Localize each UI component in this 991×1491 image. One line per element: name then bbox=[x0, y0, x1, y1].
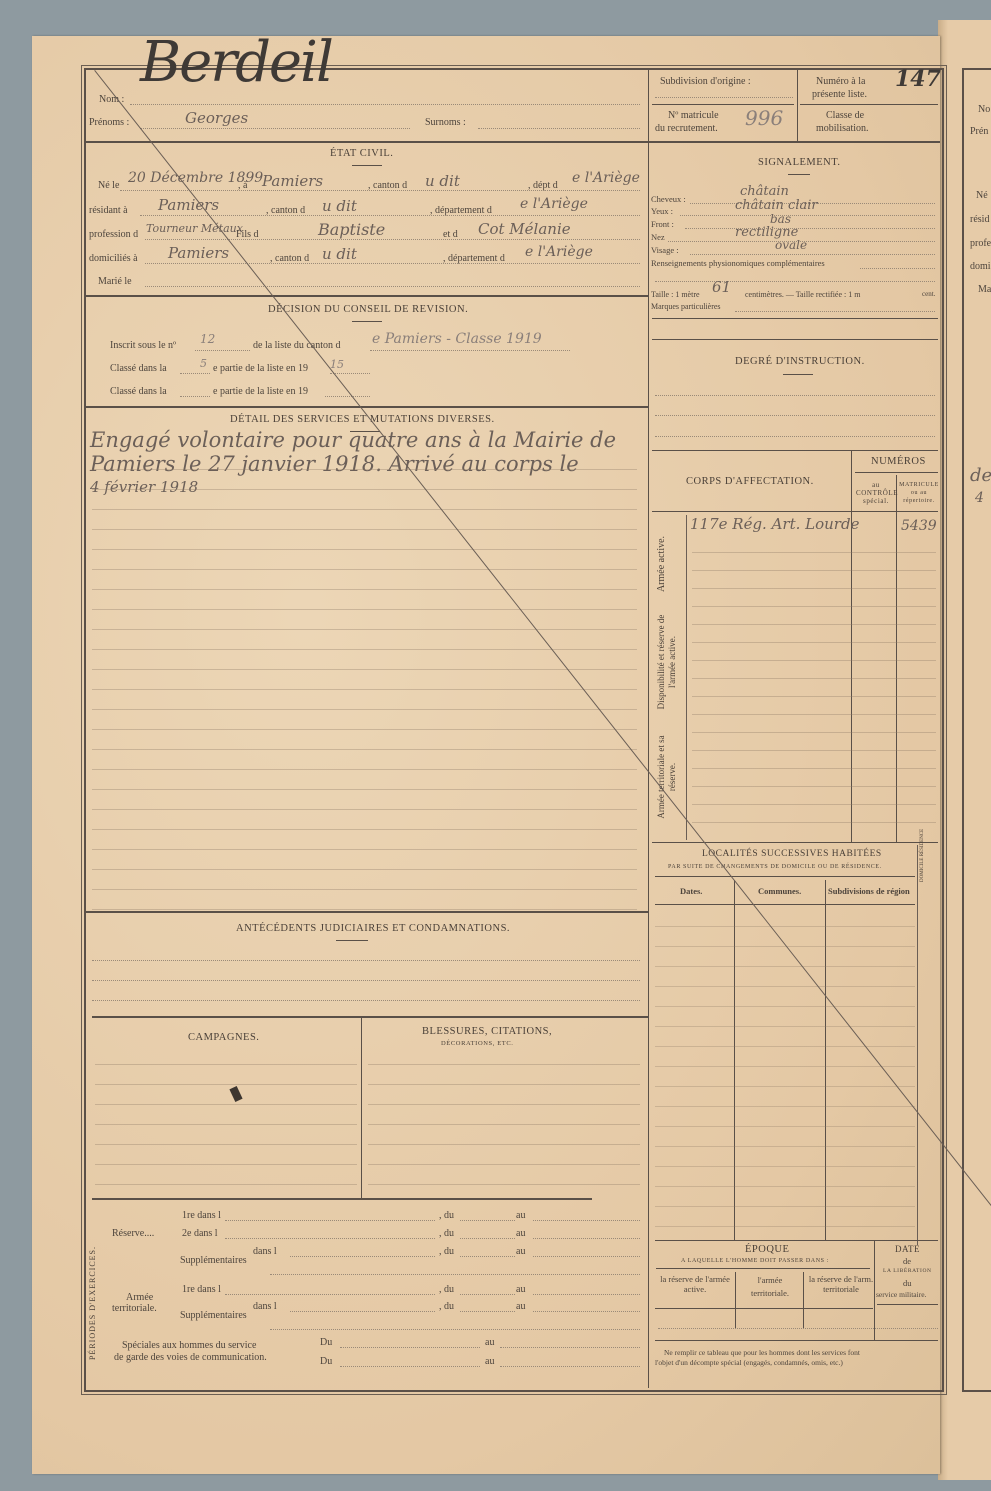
next-page-label: No bbox=[978, 104, 990, 115]
taille-cent-label: cent. bbox=[922, 290, 935, 298]
profession-label: profession d bbox=[89, 229, 138, 240]
blessures-lined-area bbox=[368, 1045, 640, 1195]
au-label: au bbox=[516, 1284, 525, 1295]
col-subdivisions: Subdivisions de région bbox=[828, 886, 910, 896]
inscrit-label: Inscrit sous le nº bbox=[110, 340, 176, 351]
corps-affectation-title: CORPS D'AFFECTATION. bbox=[686, 476, 814, 487]
liste-canton-label: de la liste du canton d bbox=[253, 340, 340, 351]
taille-cm-label: centimètres. — Taille rectifiée : 1 m bbox=[745, 290, 860, 299]
col-dates: Dates. bbox=[680, 886, 702, 896]
partie-year: 15 bbox=[330, 358, 344, 371]
next-page-label: domi bbox=[970, 261, 991, 272]
degre-instruction-title: DEGRÉ D'INSTRUCTION. bbox=[735, 356, 865, 367]
date-du: du bbox=[903, 1278, 912, 1288]
supplementaires-label: Supplémentaires bbox=[180, 1310, 247, 1321]
nom-value: Berdeil bbox=[140, 30, 332, 95]
territoriale-label: Armée territoriale et sa réserve. bbox=[656, 722, 678, 832]
taille-label: Taille : 1 mètre bbox=[651, 290, 700, 299]
classe-label-2: mobilisation. bbox=[816, 123, 869, 134]
a-value: Pamiers bbox=[262, 172, 323, 190]
periode-row-label: 1re dans l bbox=[182, 1284, 221, 1295]
periode-row-label: dans l bbox=[253, 1301, 277, 1312]
marques-label: Marques particulières bbox=[651, 302, 721, 311]
next-page-label: Prén bbox=[970, 126, 988, 137]
corps-lined-area bbox=[692, 535, 936, 835]
numero-label-1: Numéro à la bbox=[816, 76, 865, 87]
periode-row-label: 2e dans l bbox=[182, 1228, 218, 1239]
periodes-side-label: PÉRIODES D'EXERCICES. bbox=[88, 1228, 97, 1378]
canton-value: u dit bbox=[322, 197, 357, 215]
epoque-note-1: Ne remplir ce tableau que pour les homme… bbox=[664, 1348, 860, 1357]
matricule-value: 996 bbox=[745, 106, 783, 130]
matricule-label-1: Nº matricule bbox=[668, 110, 719, 121]
date-service: service militaire. bbox=[876, 1290, 926, 1299]
conseil-revision-title: DÉCISION DU CONSEIL DE REVISION. bbox=[268, 304, 468, 315]
visage-value: ovale bbox=[775, 238, 807, 252]
au-label: au bbox=[516, 1301, 525, 1312]
marie-label: Marié le bbox=[98, 276, 132, 287]
services-line-1: Engagé volontaire pour quatre ans à la M… bbox=[90, 428, 616, 452]
partie-label: e partie de la liste en 19 bbox=[213, 386, 308, 397]
localites-side-label: DOMICILE RÉSIDENCE bbox=[920, 842, 925, 882]
localites-title: LOCALITÉS SUCCESSIVES HABITÉES bbox=[702, 849, 882, 859]
au-label: au bbox=[516, 1210, 525, 1221]
etat-civil-title: ÉTAT CIVIL. bbox=[330, 148, 393, 159]
epoque-col-2: l'armée territoriale. bbox=[738, 1274, 802, 1300]
partie-label: e partie de la liste en 19 bbox=[213, 363, 308, 374]
yeux-label: Yeux : bbox=[651, 206, 673, 216]
next-page-label: Ma bbox=[978, 284, 991, 295]
blessures-title: BLESSURES, CITATIONS, bbox=[422, 1026, 552, 1037]
classe-label: Classé dans la bbox=[110, 386, 167, 397]
departement-value: e l'Ariège bbox=[572, 170, 640, 186]
next-page-label: Né bbox=[976, 190, 988, 201]
localites-lined-area bbox=[655, 907, 915, 1235]
canton-value: u dit bbox=[425, 172, 460, 190]
services-lined-area bbox=[92, 450, 637, 910]
du-label: , du bbox=[439, 1228, 454, 1239]
antecedents-title: ANTÉCÉDENTS JUDICIAIRES ET CONDAMNATIONS… bbox=[236, 923, 510, 934]
au-label: au bbox=[485, 1356, 494, 1367]
epoque-col-3: la réserve de l'arm. territoriale bbox=[806, 1274, 876, 1294]
prenoms-value: Georges bbox=[185, 109, 248, 127]
next-page-label: résid bbox=[970, 214, 989, 225]
residant-label: résidant à bbox=[89, 205, 128, 216]
visage-label: Visage : bbox=[651, 245, 679, 255]
classe-value: 5 bbox=[200, 357, 207, 370]
du-label: Du bbox=[320, 1356, 332, 1367]
next-page-handwriting: 4 bbox=[975, 490, 984, 506]
subdivision-label: Subdivision d'origine : bbox=[660, 76, 751, 87]
domicilies-value: Pamiers bbox=[168, 244, 229, 262]
front-label: Front : bbox=[651, 219, 674, 229]
campagnes-lined-area bbox=[95, 1045, 357, 1195]
liste-canton-value: e Pamiers - Classe 1919 bbox=[372, 331, 542, 347]
classe-label-1: Classe de bbox=[826, 110, 864, 121]
departement-value: e l'Ariège bbox=[525, 244, 593, 260]
profession-value: Tourneur Métaux bbox=[146, 222, 243, 235]
periode-row-label: 1re dans l bbox=[182, 1210, 221, 1221]
et-value: Cot Mélanie bbox=[478, 220, 571, 238]
au-label: au bbox=[485, 1337, 494, 1348]
date-title: DATE bbox=[895, 1244, 920, 1254]
epoque-note-2: l'objet d'un décompte spécial (engagés, … bbox=[655, 1358, 843, 1367]
epoque-title: ÉPOQUE bbox=[745, 1244, 789, 1255]
reserve-label: Réserve.... bbox=[112, 1228, 154, 1239]
territoriale-label-1: Armée bbox=[126, 1292, 153, 1303]
yeux-value: châtain clair bbox=[735, 198, 818, 213]
services-title: DÉTAIL DES SERVICES ET MUTATIONS DIVERSE… bbox=[230, 414, 495, 425]
classe-label: Classé dans la bbox=[110, 363, 167, 374]
numero-value: 147 bbox=[895, 66, 941, 92]
front-value: bas bbox=[770, 212, 791, 226]
renseignements-label: Renseignements physionomiques complément… bbox=[651, 258, 825, 268]
prenoms-label: Prénoms : bbox=[89, 117, 129, 128]
canton-value: u dit bbox=[322, 245, 357, 263]
du-label: , du bbox=[439, 1210, 454, 1221]
epoque-subtitle: A LAQUELLE L'HOMME DOIT PASSER DANS : bbox=[681, 1258, 829, 1264]
corps-entry: 117e Rég. Art. Lourde bbox=[690, 515, 859, 533]
du-label: , du bbox=[439, 1301, 454, 1312]
signalement-title: SIGNALEMENT. bbox=[758, 157, 841, 168]
speciales-label-1: Spéciales aux hommes du service bbox=[122, 1340, 256, 1351]
armee-active-label: Armée active. bbox=[656, 518, 667, 610]
date-de: de bbox=[903, 1256, 911, 1266]
campagnes-title: CAMPAGNES. bbox=[188, 1032, 259, 1043]
ne-le-label: Né le bbox=[98, 180, 119, 191]
domicilies-label: domiciliés à bbox=[89, 253, 138, 264]
taille-value: 61 bbox=[712, 278, 731, 296]
cheveux-label: Cheveux : bbox=[651, 194, 686, 204]
inscrit-value: 12 bbox=[200, 332, 215, 346]
cheveux-value: châtain bbox=[740, 184, 789, 199]
col-communes: Communes. bbox=[758, 886, 801, 896]
au-label: au bbox=[516, 1228, 525, 1239]
du-label: , du bbox=[439, 1284, 454, 1295]
numero-label-2: présente liste. bbox=[812, 89, 867, 100]
periode-row-label: dans l bbox=[253, 1246, 277, 1257]
territoriale-label-2: territoriale. bbox=[112, 1303, 157, 1314]
nez-label: Nez bbox=[651, 232, 665, 242]
col-controle-label: au CONTRÔLE spécial. bbox=[856, 481, 896, 505]
col-matricule-label: MATRICULE ou au répertoire. bbox=[899, 481, 939, 505]
supplementaires-label: Supplémentaires bbox=[180, 1255, 247, 1266]
numeros-label: NUMÉROS bbox=[871, 456, 926, 467]
surnoms-label: Surnoms : bbox=[425, 117, 466, 128]
residant-value: Pamiers bbox=[158, 196, 219, 214]
next-page-label: profe bbox=[970, 238, 991, 249]
epoque-col-1: la réserve de l'armée active. bbox=[660, 1274, 730, 1294]
localites-subtitle: PAR SUITE DE CHANGEMENTS DE DOMICILE OU … bbox=[668, 864, 882, 870]
date-liberation: LA LIBÉRATION bbox=[883, 1268, 932, 1274]
au-label: au bbox=[516, 1246, 525, 1257]
speciales-label-2: de garde des voies de communication. bbox=[114, 1352, 267, 1363]
fils-value: Baptiste bbox=[318, 220, 385, 239]
matricule-entry: 5439 bbox=[901, 518, 937, 534]
departement-value: e l'Ariège bbox=[520, 196, 588, 212]
disponibilite-label: Disponibilité et réserve de l'armée acti… bbox=[656, 606, 678, 718]
matricule-label-2: du recrutement. bbox=[655, 123, 718, 134]
next-page-handwriting: de bbox=[970, 465, 991, 486]
du-label: Du bbox=[320, 1337, 332, 1348]
du-label: , du bbox=[439, 1246, 454, 1257]
